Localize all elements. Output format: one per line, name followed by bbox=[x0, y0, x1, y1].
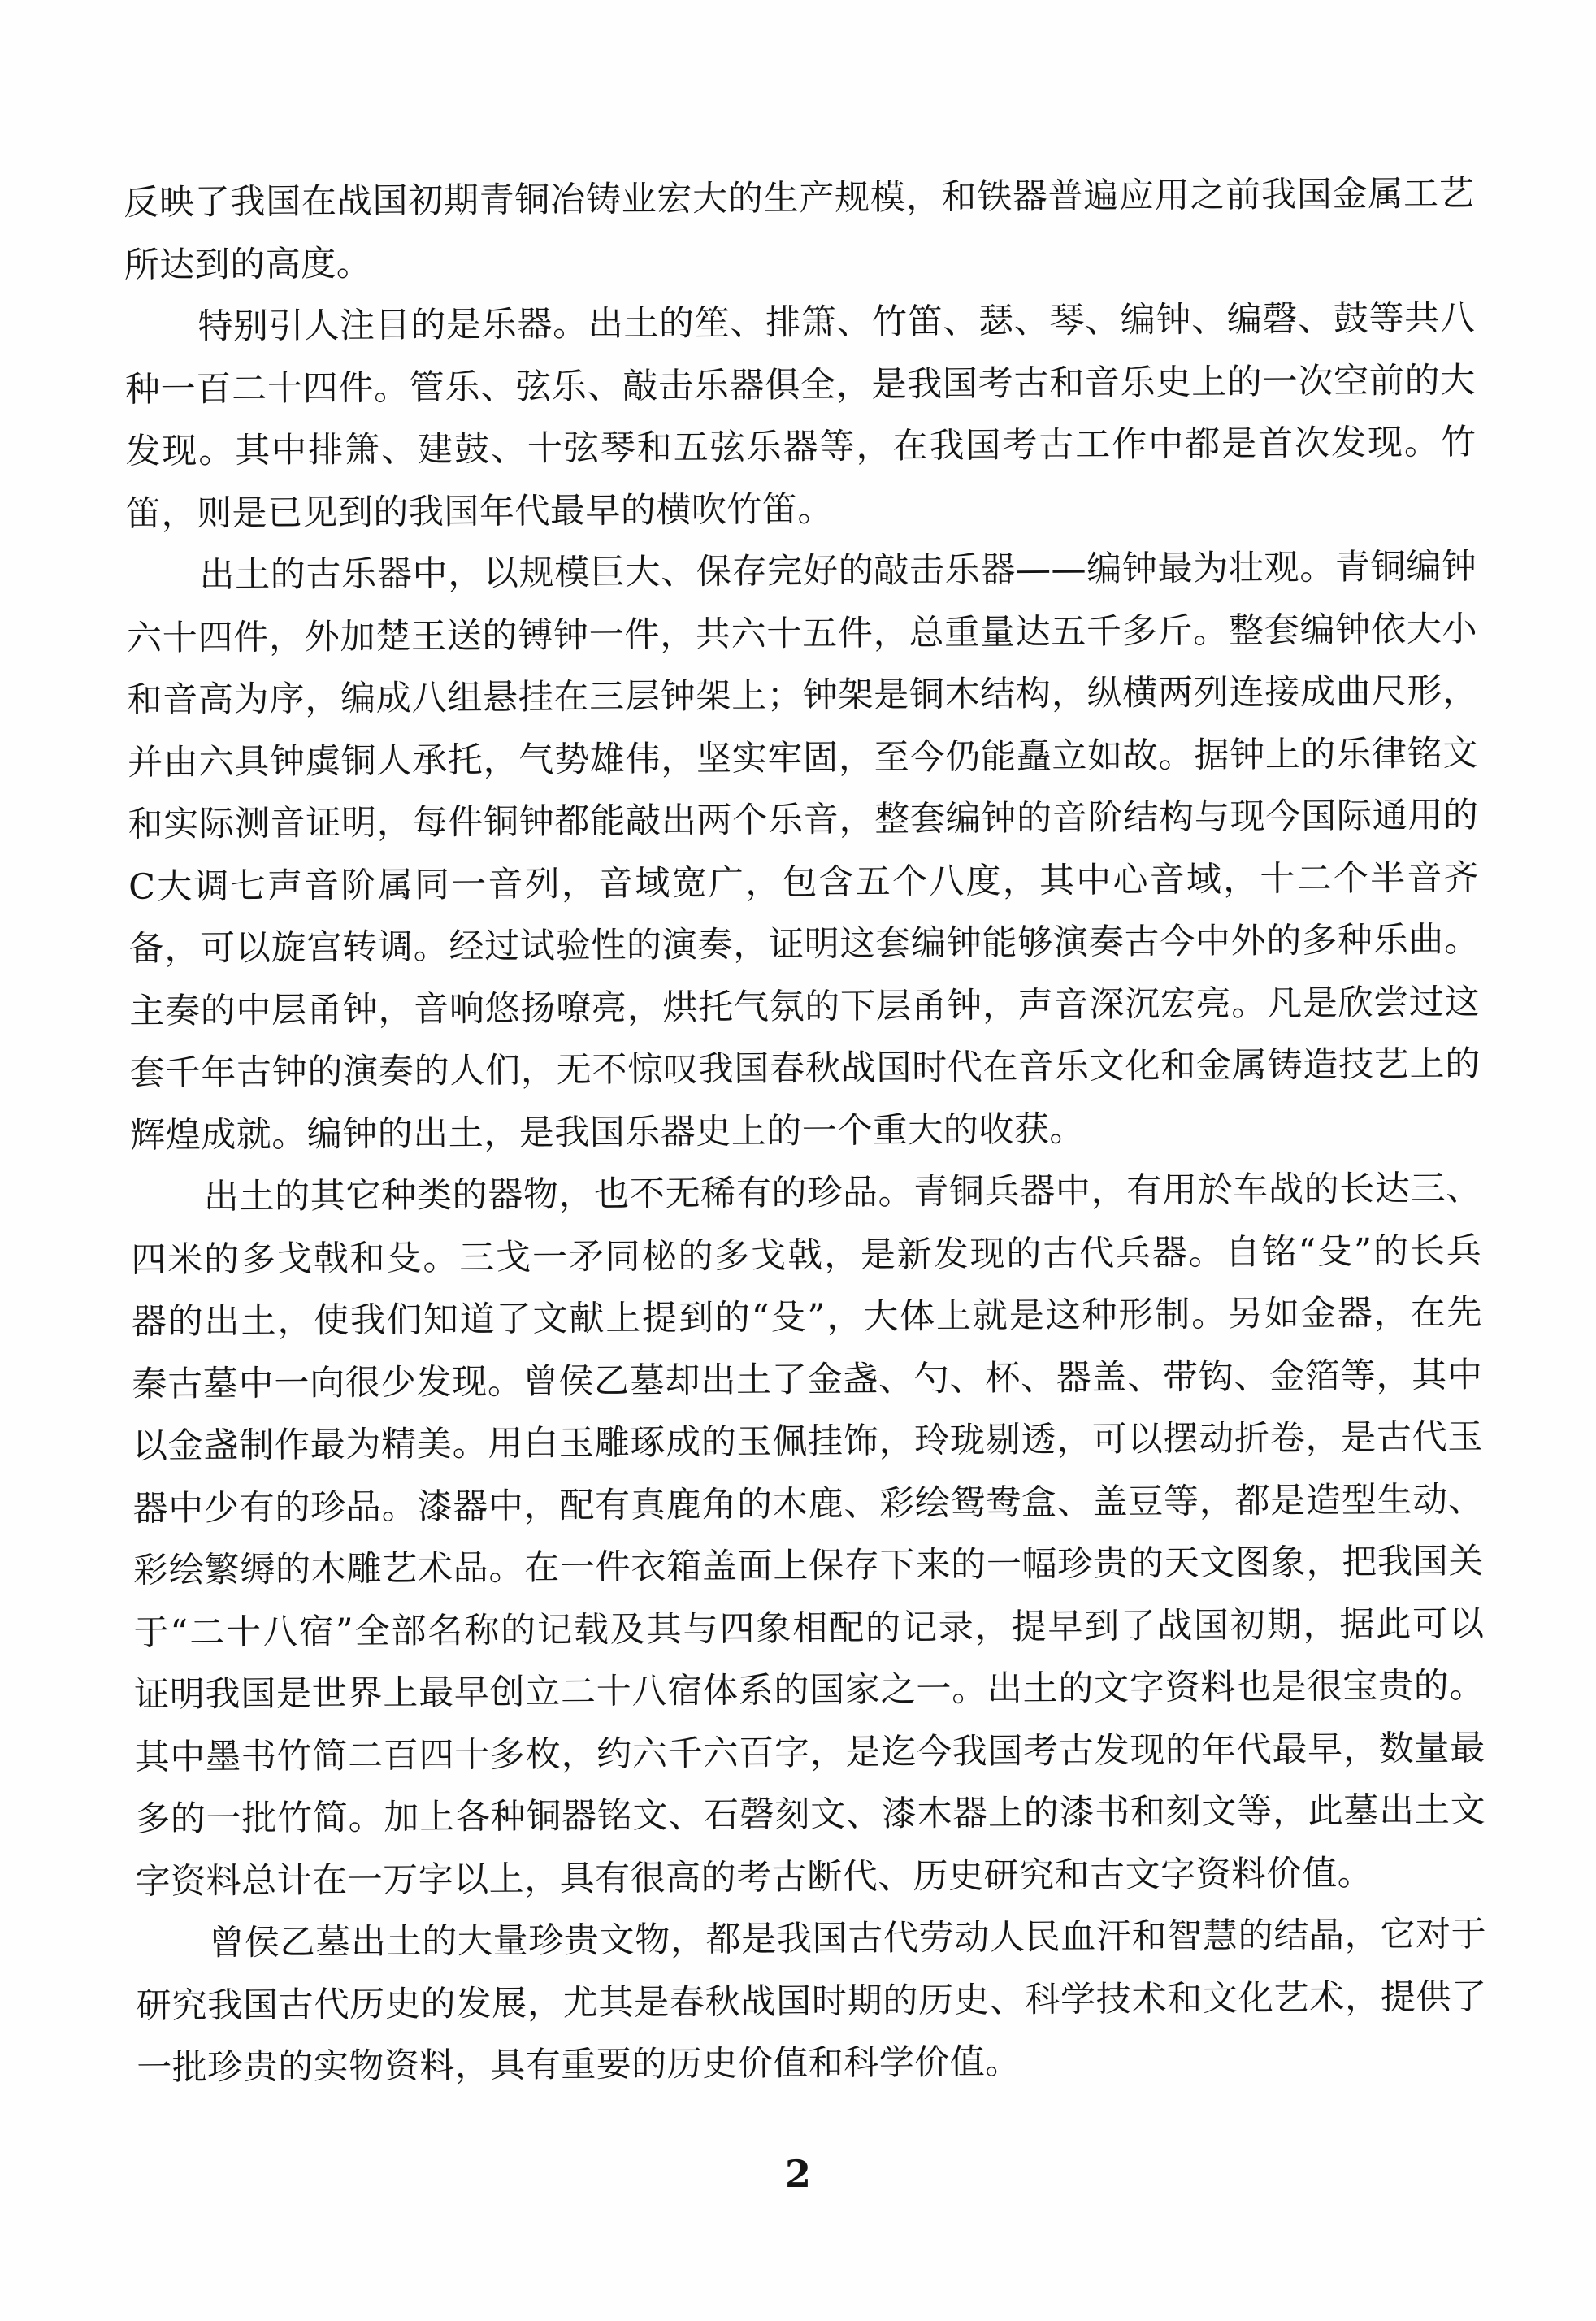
text-line: 字资料总计在一万字以上，具有很高的考古断代、历史研究和古文字资料价值。 bbox=[135, 1842, 1485, 1913]
text-line: 发现。其中排箫、建鼓、十弦琴和五弦乐器等，在我国考古工作中都是首次发现。竹 bbox=[125, 411, 1476, 483]
text-line: 出土的古乐器中，以规模巨大、保存完好的敲击乐器——编钟最为壮观。青铜编钟 bbox=[126, 536, 1477, 607]
paragraph-1: 反映了我国在战国初期青铜冶铸业宏大的生产规模，和铁器普遍应用之前我国金属工艺 所… bbox=[124, 163, 1475, 297]
text-line: 和音高为序，编成八组悬挂在三层钟架上；钟架是铜木结构，纵横两列连接成曲尺形， bbox=[127, 660, 1477, 731]
paragraph-2: 特别引人注目的是乐器。出土的笙、排箫、竹笛、瑟、琴、编钟、编磬、鼓等共八 种一百… bbox=[124, 287, 1477, 545]
text-block: 反映了我国在战国初期青铜冶铸业宏大的生产规模，和铁器普遍应用之前我国金属工艺 所… bbox=[124, 163, 1488, 2099]
text-line: 辉煌成就。编钟的出土，是我国乐器史上的一个重大的收获。 bbox=[130, 1095, 1481, 1167]
text-line: 器中少有的珍品。漆器中，配有真鹿角的木鹿、彩绘鸳鸯盒、盖豆等，都是造型生动、 bbox=[132, 1469, 1483, 1540]
text-line: 一批珍贵的实物资料，具有重要的历史价值和科学价值。 bbox=[137, 2028, 1487, 2099]
text-line: 曾侯乙墓出土的大量珍贵文物，都是我国古代劳动人民血汗和智慧的结晶，它对于 bbox=[136, 1903, 1486, 1975]
text-line: 以金盏制作最为精美。用白玉雕琢成的玉佩挂饰，玲珑剔透，可以摆动折卷，是古代玉 bbox=[132, 1406, 1483, 1477]
text-line: 多的一批竹简。加上各种铜器铭文、石磬刻文、漆木器上的漆书和刻文等，此墓出土文 bbox=[135, 1779, 1485, 1850]
text-line: 主奏的中层甬钟，音响悠扬嘹亮，烘托气氛的下层甬钟，声音深沉宏亮。凡是欣尝过这 bbox=[129, 971, 1480, 1043]
text-line: 秦古墓中一向很少发现。曾侯乙墓却出土了金盏、勺、杯、器盖、带钩、金箔等，其中 bbox=[132, 1344, 1482, 1416]
text-line: 其中墨书竹简二百四十多枚，约六千六百字，是迄今我国考古发现的年代最早，数量最 bbox=[134, 1717, 1485, 1789]
paragraph-5: 曾侯乙墓出土的大量珍贵文物，都是我国古代劳动人民血汗和智慧的结晶，它对于 研究我… bbox=[136, 1903, 1488, 2099]
text-line: 特别引人注目的是乐器。出土的笙、排箫、竹笛、瑟、琴、编钟、编磬、鼓等共八 bbox=[124, 287, 1475, 358]
text-line: 所达到的高度。 bbox=[124, 225, 1475, 297]
text-line: 四米的多戈戟和殳。三戈一矛同柲的多戈戟，是新发现的古代兵器。自铭“殳”的长兵 bbox=[131, 1220, 1481, 1291]
paragraph-4: 出土的其它种类的器物，也不无稀有的珍品。青铜兵器中，有用於车战的长达三、 四米的… bbox=[131, 1157, 1486, 1913]
text-line: 证明我国是世界上最早创立二十八宿体系的国家之一。出土的文字资料也是很宝贵的。 bbox=[134, 1655, 1485, 1726]
text-line: 种一百二十四件。管乐、弦乐、敲击乐器俱全，是我国考古和音乐史上的一次空前的大 bbox=[125, 349, 1476, 421]
text-line: 出土的其它种类的器物，也不无稀有的珍品。青铜兵器中，有用於车战的长达三、 bbox=[131, 1157, 1481, 1229]
text-line: 并由六具钟虡铜人承托，气势雄伟，坚实牢固，至今仍能矗立如故。据钟上的乐律铭文 bbox=[128, 722, 1478, 794]
text-line: 六十四件，外加楚王送的镈钟一件，共六十五件，总重量达五千多斤。整套编钟依大小 bbox=[127, 598, 1477, 670]
page-number: 2 bbox=[0, 2152, 1596, 2196]
text-line: 反映了我国在战国初期青铜冶铸业宏大的生产规模，和铁器普遍应用之前我国金属工艺 bbox=[124, 163, 1474, 234]
text-line: 套千年古钟的演奏的人们，无不惊叹我国春秋战国时代在音乐文化和金属铸造技艺上的 bbox=[129, 1033, 1480, 1104]
text-line: 备，可以旋宫转调。经过试验性的演奏，证明这套编钟能够演奏古今中外的多种乐曲。 bbox=[128, 909, 1479, 980]
paragraph-3: 出土的古乐器中，以规模巨大、保存完好的敲击乐器——编钟最为壮观。青铜编钟 六十四… bbox=[126, 536, 1481, 1167]
text-line: C大调七声音阶属同一音列，音域宽广，包含五个八度，其中心音域，十二个半音齐 bbox=[128, 847, 1479, 918]
text-line: 笛，则是已见到的我国年代最早的横吹竹笛。 bbox=[126, 474, 1477, 545]
scanned-document-page: 反映了我国在战国初期青铜冶铸业宏大的生产规模，和铁器普遍应用之前我国金属工艺 所… bbox=[0, 0, 1596, 2321]
text-line: 彩绘繁缛的木雕艺术品。在一件衣箱盖面上保存下来的一幅珍贵的天文图象，把我国关 bbox=[133, 1530, 1484, 1602]
text-line: 研究我国古代历史的发展，尤其是春秋战国时期的历史、科学技术和文化艺术，提供了 bbox=[137, 1966, 1487, 2037]
text-line: 和实际测音证明，每件铜钟都能敲出两个乐音，整套编钟的音阶结构与现今国际通用的 bbox=[128, 784, 1478, 856]
text-line: 于“二十八宿”全部名称的记载及其与四象相配的记录，提早到了战国初期，据此可以 bbox=[133, 1593, 1484, 1664]
text-line: 器的出土，使我们知道了文献上提到的“殳”，大体上就是这种形制。另如金器，在先 bbox=[132, 1282, 1482, 1353]
